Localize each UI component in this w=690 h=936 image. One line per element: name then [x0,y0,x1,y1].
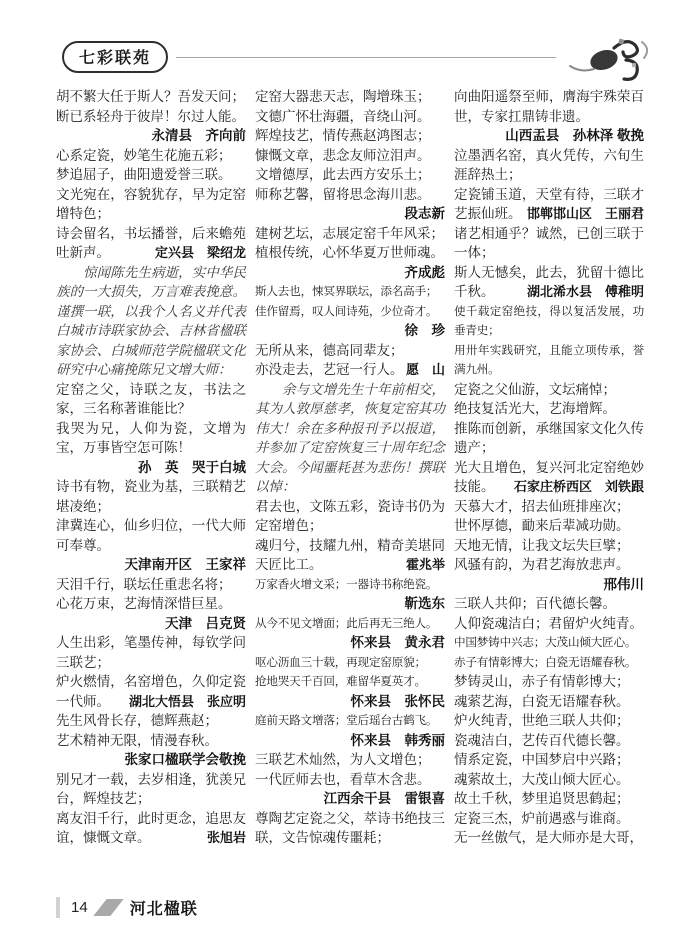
couplet-line: 斯人去也，悚冥界联坛，添名高手； [255,282,445,302]
couplet-line: 故土千秋，梦里追贤思鹤起； [454,789,644,809]
attribution: 怀来县 韩秀丽 [255,731,445,751]
couplet-line: 万家香火增文采；一器诗书称绝瓷。 [255,575,445,595]
couplet-line: 天泪千行，联坛任重悲名将； [56,575,246,595]
attribution: 靳选东 [255,594,445,614]
section-badge: 七彩联苑 [62,41,168,73]
couplet-line: 无所从来，德高同辈友； [255,341,445,361]
footer-slash-icon [93,899,123,916]
couplet-line: 梦铸灵山，赤子有情彰博大； [454,672,644,692]
couplet-line: 诗书有物，瓷业为基，三联精艺堪凌绝； [56,477,246,516]
couplet-line: 亦没走去，艺冠一行人。愿 山 [255,360,445,380]
couplet-line: 瓷魂洁白，艺传百代德长馨。 [454,731,644,751]
couplet-line: 我哭为兄，人仰为瓷，文增为宝，万事皆空怎可陈！ [56,419,246,458]
couplet-line: 天地无情，让我文坛失巨擘； [454,536,644,556]
couplet-line: 绝技复活光大，艺海增辉。 [454,399,644,419]
couplet-line: 师称艺馨，留将思念海川悲。 [255,185,445,205]
couplet-line: 定瓷铺玉道，天堂有待，三联才艺振仙班。邯郸邯山区 王丽君 [454,185,644,224]
attribution: 邢伟川 [454,575,644,595]
couplet-line: 人仰瓷魂洁白；君留炉火纯青。 [454,614,644,634]
couplet-line: 世怀厚德，勔来后辈减功勋。 [454,516,644,536]
attribution: 天津 吕克贤 [56,614,246,634]
couplet-line: 魂萦艺海，白瓷无语耀春秋。 [454,692,644,712]
attribution: 段志新 [255,204,445,224]
couplet-line: 文光宛在，容貌犹存，早为定窑增特色； [56,185,246,224]
attribution: 徐 珍 [255,321,445,341]
couplet-line: 文增德厚，此去西方安乐土； [255,165,445,185]
couplet-line: 诗会留名，书坛播誉，后来蟾苑吐新声。定兴县 梁绍龙 [56,224,246,263]
column-3: 向曲阳遥祭至师，膺海宇殊荣百世，专家扛鼎铸非遗。山西盂县 孙林泽 敬挽泣墨洒名窑… [454,87,644,848]
couplet-line: 心系定瓷，妙笔生花施五彩； [56,146,246,166]
page-footer: 14 河北楹联 [56,896,198,918]
couplet-line: 赤子有情彰博大；白瓷无语耀春秋。 [454,653,644,673]
couplet-line: 定瓷三杰，炉前遇惑与谁商。 [454,809,644,829]
couplet-line: 抢地哭天千百回，难留华夏英才。 [255,672,445,692]
couplet-line: 文德广怀壮海疆，音绕山河。 [255,107,445,127]
editor-note: 余与文增先生十年前相交，其为人敦厚慈孝，恢复定窑其功伟大！余在多种报刊予以报道，… [255,380,445,497]
couplet-line: 津冀连心，仙乡归位，一代大师可奉尊。 [56,516,246,555]
attribution: 江西余干县 雷银喜 [255,789,445,809]
couplet-line: 三联艺术灿然，为人文增色； [255,750,445,770]
attribution: 张旭岩 [207,828,246,848]
couplet-line: 艺术精神无限，情漫春秋。 [56,731,246,751]
couplet-line: 中国梦铸中兴志；大茂山倾大匠心。 [454,633,644,653]
couplet-line: 三联人共仰；百代德长馨。 [454,594,644,614]
couplet-line: 炉火燃情，名窑增色，久仰定瓷一代师。湖北大悟县 张应明 [56,672,246,711]
couplet-line: 建树艺坛，志展定窑千年风采； [255,224,445,244]
attribution: 天津南开区 王家祥 [56,555,246,575]
couplet-line: 梦追屈子，曲阳遗爱誉三联。 [56,165,246,185]
couplet-line: 风骚有韵，为君艺海放悲声。 [454,555,644,575]
couplet-line: 人生出彩，笔墨传神，每钦学问三联艺； [56,633,246,672]
couplet-line: 别兄才一载，去岁相逢，犹羡兄台，辉煌技艺； [56,770,246,809]
couplet-line: 一代匠师去也，看草木含悲。 [255,770,445,790]
editor-note: 惊闻陈先生病逝，实中华民族的一大损失，万言难表挽意。谨撰一联，以我个人名义并代表… [56,263,246,380]
attribution: 山西盂县 孙林泽 敬挽 [454,126,644,146]
couplet-line: 情系定瓷，中国梦启中兴路； [454,750,644,770]
couplet-line: 使千载定窑绝技，得以复活发展，功垂青史； [454,302,644,341]
couplet-line: 定窑之父，诗联之友，书法之家，三名称著谁能比？ [56,380,246,419]
couplet-line: 泣墨洒名窑，真火凭传，六旬生涯辞热土； [454,146,644,185]
page-header: 七彩联苑 [0,0,690,74]
footer-accent-bar [56,897,60,918]
column-1: 胡不繁大任于斯人？吾发天问；断已系轻舟于彼岸！尔过人能。永清县 齐向前心系定瓷，… [56,87,246,848]
couplet-line: 心花万束，艺海情深惜巨星。 [56,594,246,614]
couplet-line: 断已系轻舟于彼岸！尔过人能。 [56,107,246,127]
attribution: 永清县 齐向前 [56,126,246,146]
couplet-line: 无一丝傲气，是大师亦是大哥， [454,828,644,848]
couplet-line: 推陈而创新，承继国家文化久传遗产； [454,419,644,458]
attribution: 怀来县 张怀民 [255,692,445,712]
couplet-line: 从今不见文增面；此后再无三绝人。 [255,614,445,634]
attribution: 张家口楹联学会敬挽 [56,750,246,770]
couplet-line: 诸艺相通乎？诚然，已创三联于一体； [454,224,644,263]
couplet-line: 魂归兮，技耀九州，精奇美堪同天匠比工。霍兆举 [255,536,445,575]
couplet-line: 尊陶艺定瓷之父，萃诗书绝技三联，文告惊魂传噩耗； [255,809,445,848]
attribution: 石家庄桥西区 刘铁跟 [514,477,644,497]
couplet-line: 佳作留焉，叹人间诗苑，少位奇才。 [255,302,445,322]
column-2: 定窑大器悲天志，陶增珠玉；文德广怀壮海疆，音绕山河。辉煌技艺，情传燕赵鸿图志；慷… [255,87,445,848]
attribution: 怀来县 黄永君 [255,633,445,653]
couplet-line: 呕心沥血三十载，再现定窑原貌； [255,653,445,673]
couplet-line: 胡不繁大任于斯人？吾发天问； [56,87,246,107]
attribution: 愿 山 [406,360,445,380]
couplet-line: 魂萦故土，大茂山倾大匠心。 [454,770,644,790]
journal-name: 河北楹联 [130,896,198,919]
magazine-page: 七彩联苑 胡不繁大任于斯人？吾发天问；断已系轻舟于彼岸！尔过人能。永清县 齐向前… [0,0,690,936]
columns: 胡不繁大任于斯人？吾发天问；断已系轻舟于彼岸！尔过人能。永清县 齐向前心系定瓷，… [0,74,690,848]
couplet-line: 定窑大器悲天志，陶增珠玉； [255,87,445,107]
couplet-line: 光大且增色，复兴河北定窑绝妙技能。石家庄桥西区 刘铁跟 [454,458,644,497]
attribution: 湖北大悟县 张应明 [129,692,246,712]
couplet-line: 庭前天路文增落；堂后瑶台古鹤飞。 [255,711,445,731]
attribution: 邯郸邯山区 王丽君 [527,204,644,224]
page-number: 14 [71,899,88,916]
couplet-line: 天慕大才，招去仙班排座次； [454,497,644,517]
couplet-line: 慷慨文章，悲念友师泣泪声。 [255,146,445,166]
ink-flourish-icon [564,33,656,81]
couplet-line: 辉煌技艺，情传燕赵鸿图志； [255,126,445,146]
attribution: 齐成彪 [255,263,445,283]
couplet-line: 斯人无憾矣，此去，犹留十德比千秋。湖北浠水县 傅稚明 [454,263,644,302]
couplet-line: 向曲阳遥祭至师，膺海宇殊荣百世，专家扛鼎铸非遗。 [454,87,644,126]
header-rule [176,57,556,58]
couplet-line: 君去也，文陈五彩，瓷诗书仍为定窑增色； [255,497,445,536]
attribution: 湖北浠水县 傅稚明 [527,282,644,302]
couplet-line: 用卅年实践研究，且能立项传承，誉满九州。 [454,341,644,380]
couplet-line: 植根传统，心怀华夏万世师魂。 [255,243,445,263]
couplet-line: 定瓷之父仙游，文坛痛悼； [454,380,644,400]
couplet-line: 炉火纯青，世绝三联人共仰； [454,711,644,731]
attribution: 定兴县 梁绍龙 [155,243,246,263]
couplet-line: 先生风骨长存，德辉燕赵； [56,711,246,731]
couplet-line: 离友泪千行，此时更念，追思友谊，慷慨文章。张旭岩 [56,809,246,848]
attribution: 霍兆举 [406,555,445,575]
attribution: 孙 英 哭于白城 [56,458,246,478]
